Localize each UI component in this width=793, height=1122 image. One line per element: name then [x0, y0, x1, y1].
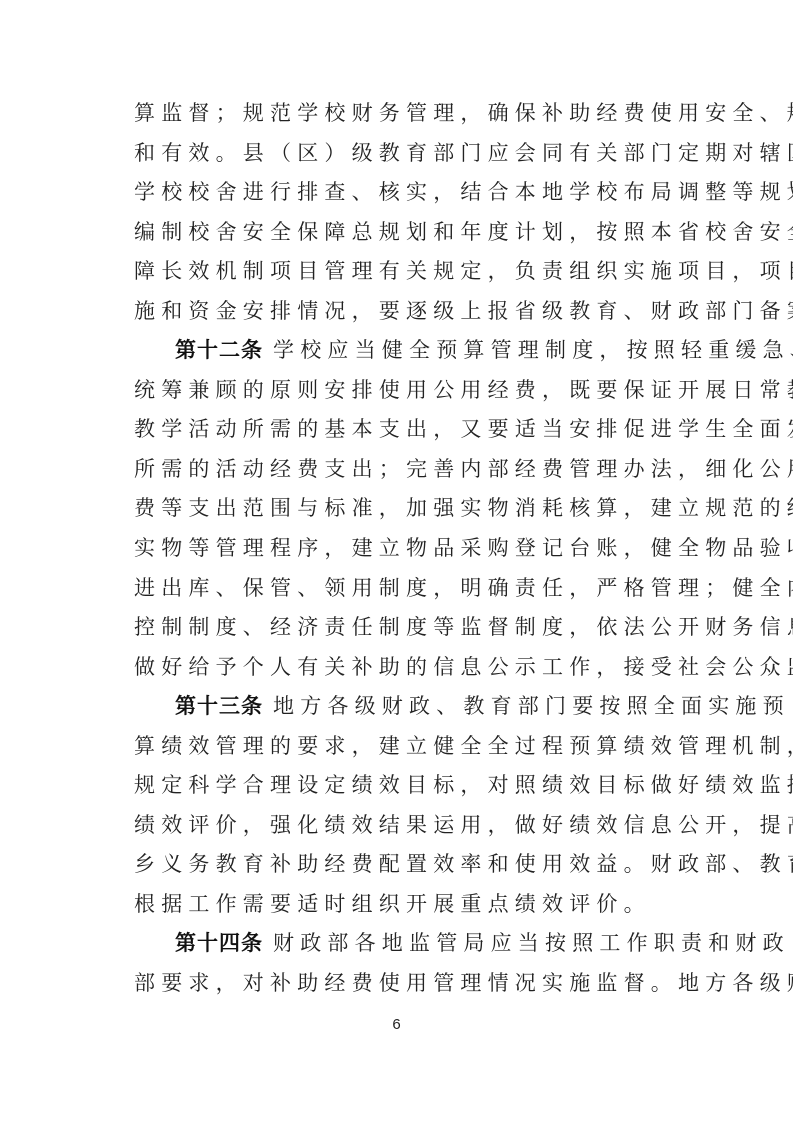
article-first-line: 第十二条学校应当健全预算管理制度，按照轻重缓急、: [134, 331, 694, 371]
text-line: 统筹兼顾的原则安排使用公用经费，既要保证开展日常教育: [134, 371, 694, 411]
article-14: 第十四条财政部各地监管局应当按照工作职责和财政 部要求，对补助经费使用管理情况实…: [134, 924, 694, 1003]
text-line: 乡义务教育补助经费配置效率和使用效益。财政部、教育部: [134, 845, 694, 885]
text-line: 障长效机制项目管理有关规定，负责组织实施项目，项目实: [134, 252, 694, 292]
article-heading: 第十三条: [175, 694, 263, 718]
article-first-line-text: 财政部各地监管局应当按照工作职责和财政: [273, 931, 790, 955]
text-line: 算绩效管理的要求，建立健全全过程预算绩效管理机制，按: [134, 727, 694, 767]
article-heading: 第十四条: [175, 931, 263, 955]
article-first-line-text: 学校应当健全预算管理制度，按照轻重缓急、: [273, 338, 793, 362]
text-line: 绩效评价，强化绩效结果运用，做好绩效信息公开，提高城: [134, 806, 694, 846]
article-12: 第十二条学校应当健全预算管理制度，按照轻重缓急、 统筹兼顾的原则安排使用公用经费…: [134, 331, 694, 687]
text-line: 学校校舍进行排查、核实，结合本地学校布局调整等规划，: [134, 173, 694, 213]
text-line: 进出库、保管、领用制度，明确责任，严格管理；健全内部: [134, 569, 694, 609]
document-body: 算监督；规范学校财务管理，确保补助经费使用安全、规范 和有效。县（区）级教育部门…: [134, 94, 694, 1004]
text-line: 控制制度、经济责任制度等监督制度，依法公开财务信息；: [134, 608, 694, 648]
paragraph-continuation: 算监督；规范学校财务管理，确保补助经费使用安全、规范 和有效。县（区）级教育部门…: [134, 94, 694, 331]
article-first-line: 第十三条地方各级财政、教育部门要按照全面实施预: [134, 687, 694, 727]
document-page: 算监督；规范学校财务管理，确保补助经费使用安全、规范 和有效。县（区）级教育部门…: [0, 0, 793, 1122]
text-line: 和有效。县（区）级教育部门应会同有关部门定期对辖区内: [134, 134, 694, 174]
text-line: 规定科学合理设定绩效目标，对照绩效目标做好绩效监控、: [134, 766, 694, 806]
text-line: 做好给予个人有关补助的信息公示工作，接受社会公众监督。: [134, 648, 694, 688]
article-first-line: 第十四条财政部各地监管局应当按照工作职责和财政: [134, 924, 694, 964]
article-heading: 第十二条: [175, 338, 263, 362]
text-line: 部要求，对补助经费使用管理情况实施监督。地方各级财政: [134, 964, 694, 1004]
text-line: 所需的活动经费支出；完善内部经费管理办法，细化公用经: [134, 450, 694, 490]
text-line: 施和资金安排情况，要逐级上报省级教育、财政部门备案。: [134, 292, 694, 332]
text-line: 实物等管理程序，建立物品采购登记台账，健全物品验收、: [134, 529, 694, 569]
article-first-line-text: 地方各级财政、教育部门要按照全面实施预: [273, 694, 790, 718]
text-line: 算监督；规范学校财务管理，确保补助经费使用安全、规范: [134, 94, 694, 134]
page-number: 6: [0, 1016, 793, 1033]
text-line: 根据工作需要适时组织开展重点绩效评价。: [134, 885, 694, 925]
text-line: 编制校舍安全保障总规划和年度计划，按照本省校舍安全保: [134, 213, 694, 253]
text-line: 费等支出范围与标准，加强实物消耗核算，建立规范的经费、: [134, 489, 694, 529]
article-13: 第十三条地方各级财政、教育部门要按照全面实施预 算绩效管理的要求，建立健全全过程…: [134, 687, 694, 924]
text-line: 教学活动所需的基本支出，又要适当安排促进学生全面发展: [134, 410, 694, 450]
